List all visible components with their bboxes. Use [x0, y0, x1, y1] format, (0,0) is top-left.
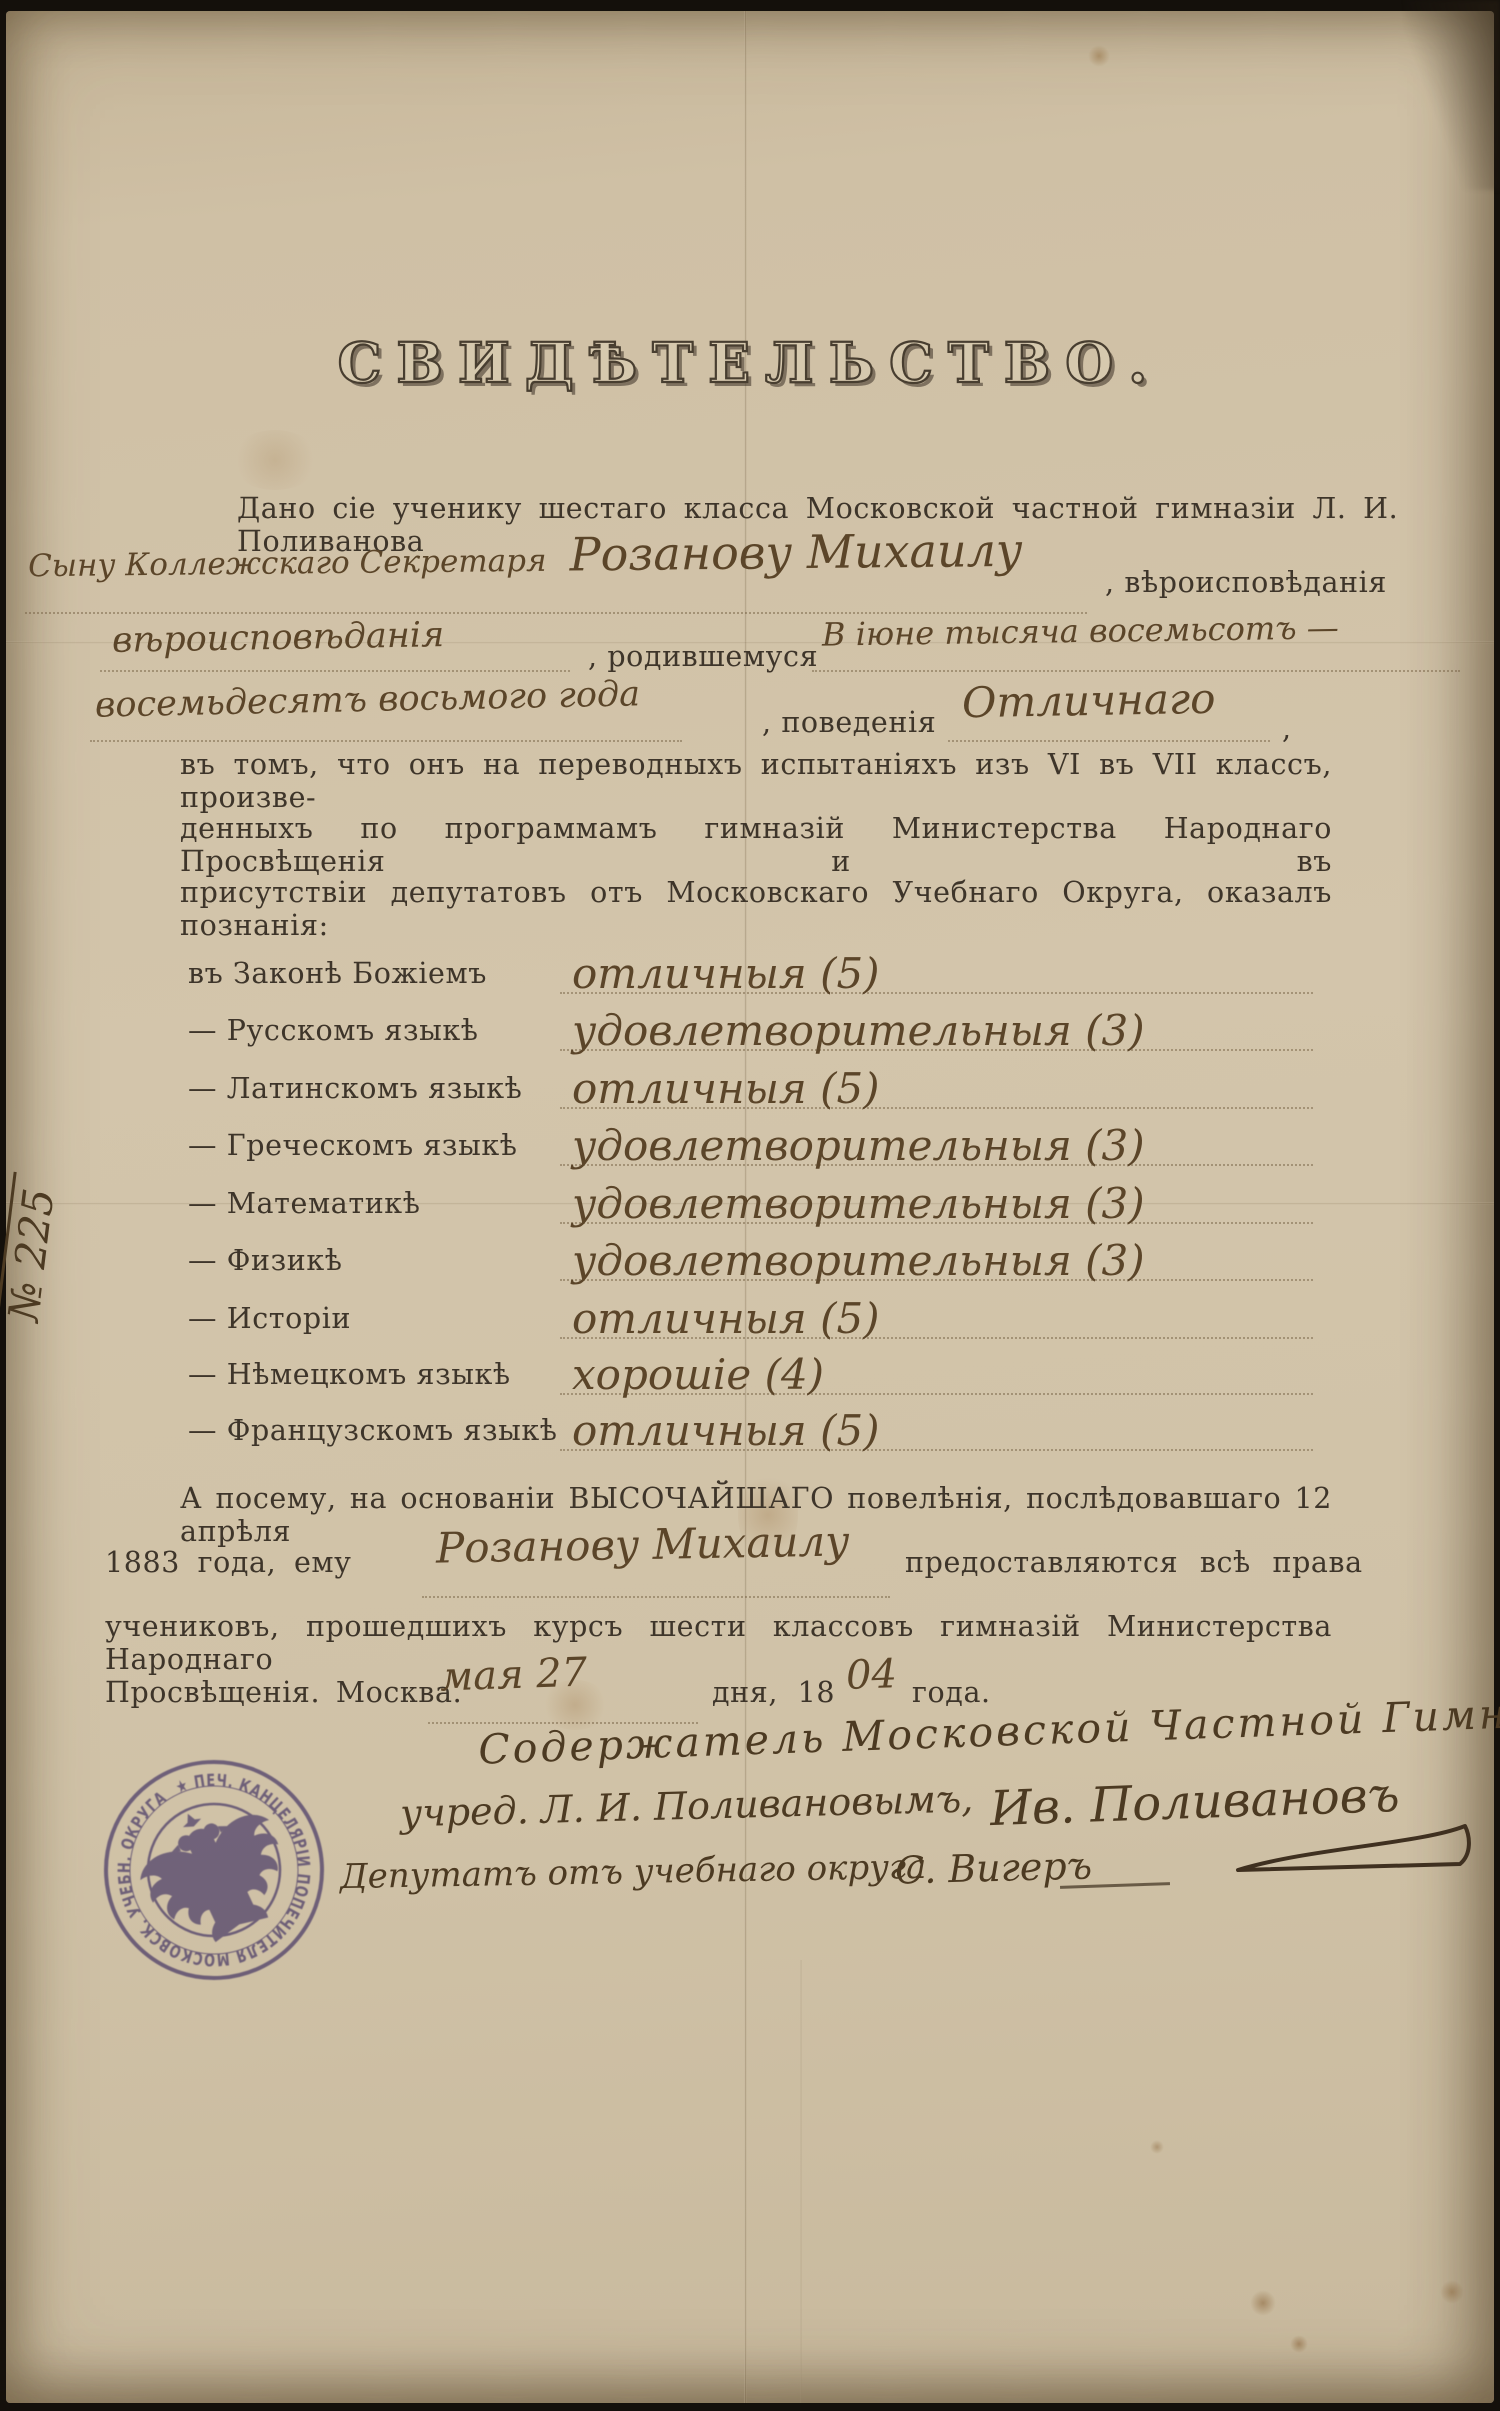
fill-line: отличныя (5) — [560, 1393, 1313, 1451]
closing-line-2-prefix: 1883 года, ему — [105, 1546, 352, 1579]
margin-number: № 225 — [0, 1171, 65, 1327]
closing-line-3: учениковъ, прошедшихъ курсъ шести классо… — [105, 1610, 1332, 1676]
corner-shadow-stain — [1405, 0, 1500, 190]
birth-date-handwritten-1: В іюне тысяча восемьсотъ — — [822, 608, 1339, 653]
student-name: Розанову Михаилу — [569, 523, 1022, 582]
scanned-certificate-page: № 225 СВИДѢТЕЛЬСТВО. Дано сіе ученику ше… — [0, 0, 1500, 2411]
subject-grade: отличныя (5) — [572, 1294, 880, 1343]
foxing-spot — [1250, 2290, 1276, 2316]
subject-label: — Физикѣ — [188, 1244, 560, 1281]
faith-label-printed: , вѣроисповѣданія — [1105, 566, 1387, 599]
conduct-comma: , — [1282, 712, 1292, 745]
fill-line: хорошіе (4) — [560, 1337, 1313, 1395]
year-handwritten: 04 — [845, 1651, 897, 1699]
vertical-fold-crease-bottom — [800, 1960, 802, 2403]
foxing-spot — [1290, 2335, 1308, 2353]
conduct-label-printed: , поведенія — [762, 706, 936, 739]
subject-row: — Французскомъ языкѣ отличныя (5) — [188, 1395, 1313, 1451]
fill-line — [100, 670, 570, 672]
subject-row: — Нѣмецкомъ языкѣ хорошіе (4) — [188, 1339, 1313, 1395]
date-handwritten: мая 27 — [439, 1649, 588, 1700]
subject-label: — Исторіи — [188, 1302, 560, 1339]
fill-line — [90, 740, 682, 742]
faith-handwritten: вѣроисповѣданія — [112, 615, 445, 661]
date-line-suffix: года. — [912, 1676, 991, 1709]
date-line-mid: дня, 18 — [712, 1676, 835, 1709]
fill-line: отличныя (5) — [560, 1051, 1313, 1109]
body-paragraph-line: присутствіи депутатовъ отъ Московскаго У… — [180, 876, 1332, 942]
certificate-title: СВИДѢТЕЛЬСТВО. — [0, 330, 1500, 395]
student-rank: Сыну Коллежскаго Секретаря — [28, 543, 547, 584]
fill-line — [422, 1596, 890, 1598]
fill-line: удовлетворительныя (3) — [560, 1108, 1313, 1166]
fill-line: удовлетворительныя (3) — [560, 1223, 1313, 1281]
subject-row: въ Законѣ Божіемъ отличныя (5) — [188, 938, 1313, 994]
subject-row: — Греческомъ языкѣ удовлетворительныя (3… — [188, 1110, 1313, 1166]
student-handwritten-line: Сыну Коллежскаго Секретаря Розанову Миха… — [28, 523, 1023, 587]
foxing-spot — [1440, 2280, 1464, 2304]
subject-label: — Нѣмецкомъ языкѣ — [188, 1358, 560, 1395]
body-paragraph-line: въ томъ, что онъ на переводныхъ испытані… — [180, 748, 1332, 814]
subject-row: — Математикѣ удовлетворительныя (3) — [188, 1168, 1313, 1224]
subject-grade: отличныя (5) — [572, 1064, 880, 1113]
subject-grade: удовлетворительныя (3) — [572, 1121, 1145, 1170]
subject-label: — Русскомъ языкѣ — [188, 1014, 560, 1051]
foxing-spot — [1150, 2140, 1164, 2154]
date-line-prefix: Просвѣщенія. Москва. — [105, 1676, 462, 1709]
closing-line-2-suffix: предоставляются всѣ права — [905, 1546, 1363, 1579]
subject-row: — Латинскомъ языкѣ отличныя (5) — [188, 1053, 1313, 1109]
fill-line: удовлетворительныя (3) — [560, 993, 1313, 1051]
subject-row: — Русскомъ языкѣ удовлетворительныя (3) — [188, 995, 1313, 1051]
subject-label: — Греческомъ языкѣ — [188, 1129, 560, 1166]
subject-row: — Физикѣ удовлетворительныя (3) — [188, 1225, 1313, 1281]
subject-row: — Исторіи отличныя (5) — [188, 1283, 1313, 1339]
margin-number-block: № 225 — [0, 1123, 142, 1336]
subject-grade: удовлетворительныя (3) — [572, 1236, 1145, 1285]
subject-label: — Латинскомъ языкѣ — [188, 1072, 560, 1109]
foxing-stain — [230, 430, 320, 490]
conduct-grade-handwritten: Отличнаго — [962, 674, 1216, 727]
official-round-stamp: ★ ПЕЧ. КАНЦЕЛЯРІИ ПОПЕЧИТЕЛЯ МОСКОВСК. У… — [96, 1752, 332, 1988]
fill-line: отличныя (5) — [560, 1281, 1313, 1339]
fill-line — [948, 740, 1270, 742]
signature-flourish — [1220, 1818, 1480, 1898]
subject-grade: отличныя (5) — [572, 949, 880, 998]
fill-line: удовлетворительныя (3) — [560, 1166, 1313, 1224]
closing-student-name-handwritten: Розанову Михаилу — [436, 1516, 850, 1572]
fill-line: отличныя (5) — [560, 936, 1313, 994]
subject-grade: отличныя (5) — [572, 1406, 880, 1455]
subject-grade: удовлетворительныя (3) — [572, 1006, 1145, 1055]
body-paragraph-line: денныхъ по программамъ гимназій Министер… — [180, 812, 1332, 878]
born-label-printed: , родившемуся — [588, 640, 818, 673]
subject-grade: хорошіе (4) — [572, 1350, 824, 1399]
fill-line — [812, 670, 1460, 672]
foxing-spot — [1088, 45, 1110, 67]
subject-grade: удовлетворительныя (3) — [572, 1179, 1145, 1228]
subject-label: въ Законѣ Божіемъ — [188, 957, 560, 994]
subject-label: — Математикѣ — [188, 1187, 560, 1224]
subject-label: — Французскомъ языкѣ — [188, 1414, 560, 1451]
